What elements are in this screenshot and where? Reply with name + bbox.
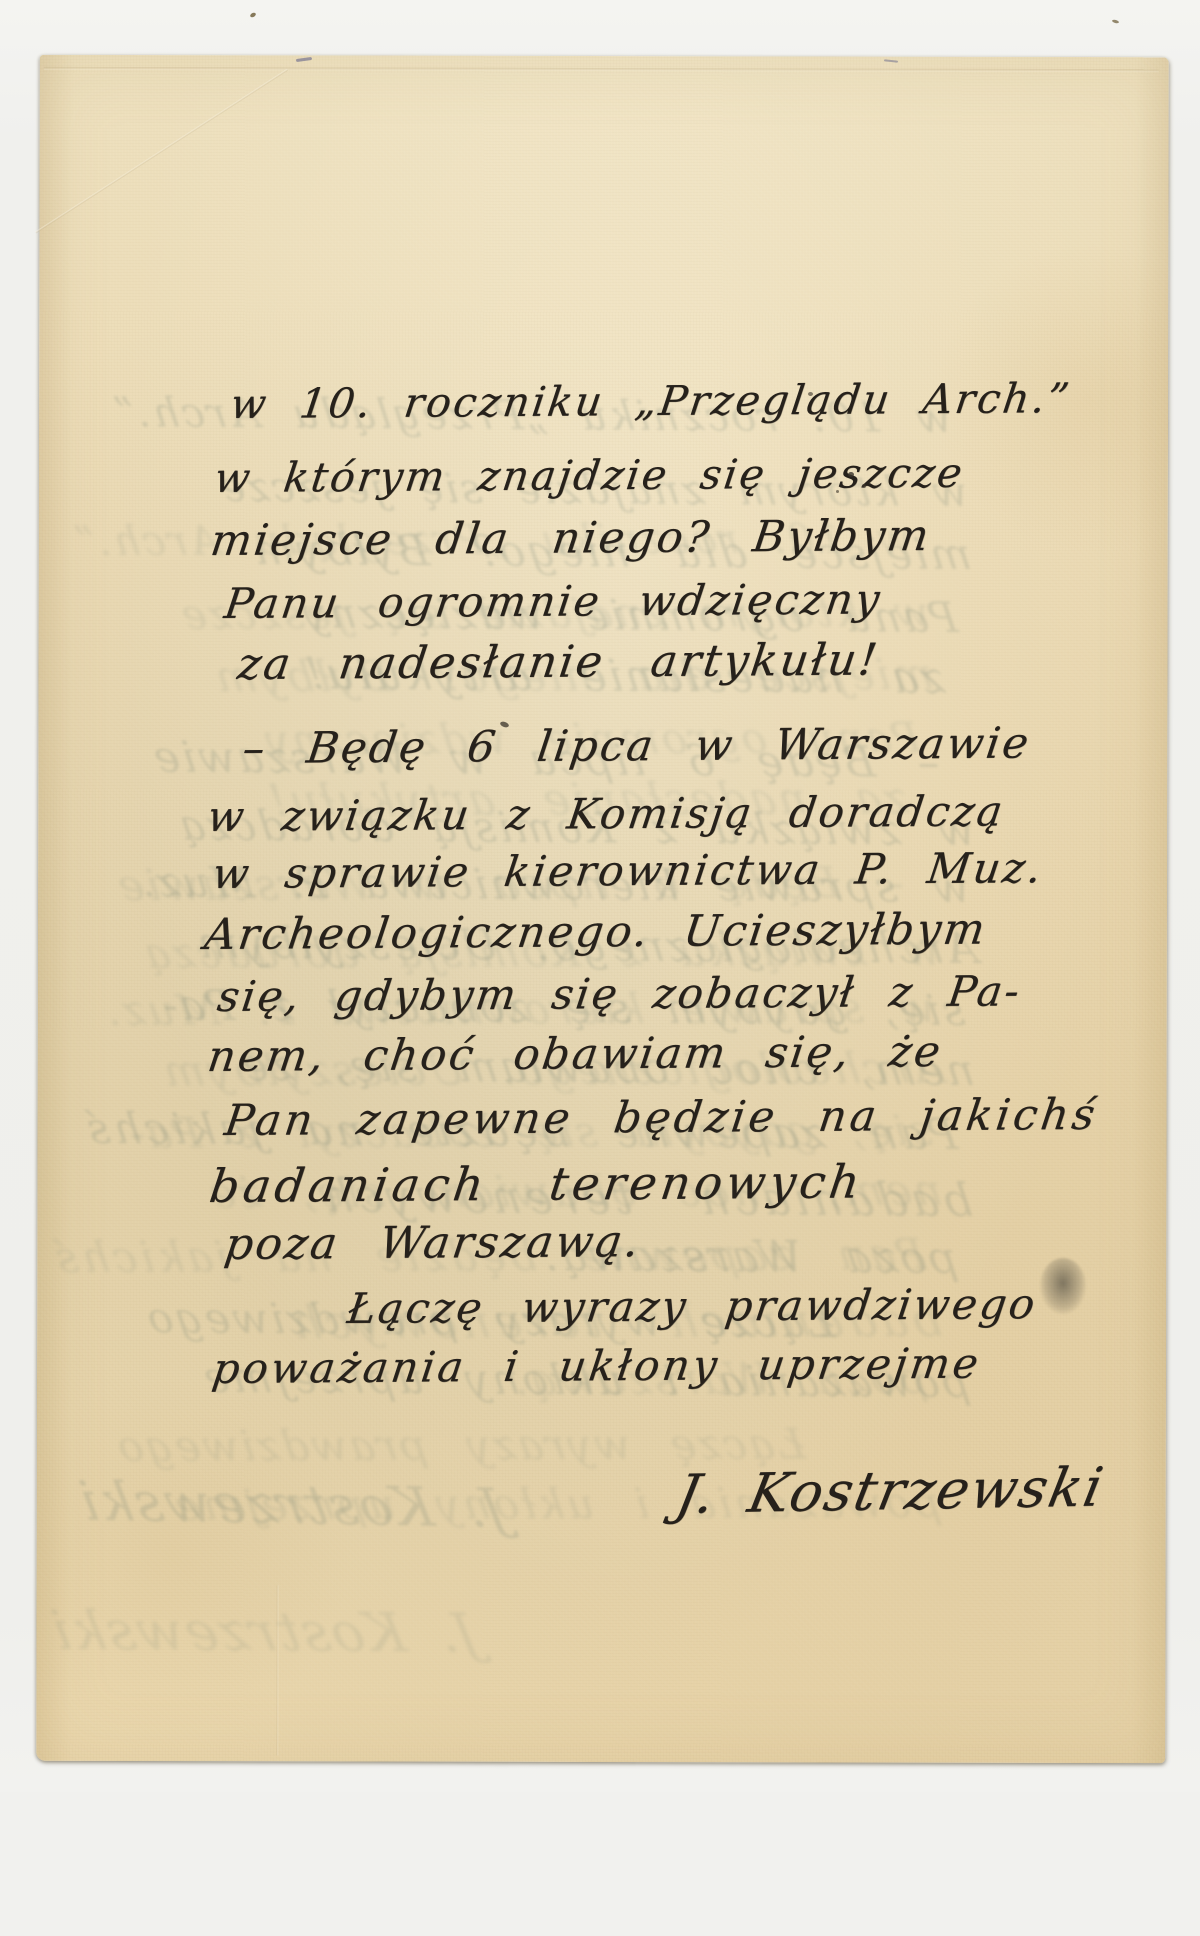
ink-speck (836, 490, 839, 493)
letter-line-4: Panu ogromnie wdzięczny (222, 578, 884, 625)
letter-line-10: się, gdybym się zobaczył z Pa- (215, 970, 1024, 1018)
letter-line-11: nem, choć obawiam się, że (205, 1031, 945, 1079)
ink-speck (848, 472, 854, 477)
paper-corner-crease (35, 69, 288, 234)
letter-line-8: w sprawie kierownictwa P. Muz. (210, 847, 1046, 895)
letter-line-3: miejsce dla niego? Byłbym (208, 515, 934, 563)
signature: J. Kostrzewski (672, 1461, 1109, 1522)
letter-line-12: Pan zapewne będzie na jakichś (222, 1094, 1101, 1143)
letter-line-16: poważania i ukłony uprzejme (210, 1343, 984, 1390)
letter-line-14: poza Warszawą. (222, 1220, 644, 1267)
letter-line-5: za nadesłanie artykułu! (235, 639, 882, 687)
ink-speck (808, 392, 813, 396)
ink-smudge (1040, 1258, 1086, 1314)
letter-line-15: Łączę wyrazy prawdziwego (345, 1283, 1040, 1330)
letter-line-2: w którym znajdzie się jeszcze (212, 453, 967, 499)
letter-line-1: w 10. roczniku „Przeglądu Arch.” (228, 378, 1074, 425)
ink-speck (862, 484, 866, 488)
letter-line-9: Archeologicznego. Ucieszyłbym (202, 909, 990, 957)
letter-line-6: – Będę 6 lipca w Warszawie (240, 723, 1033, 771)
letter-line-7: w związku z Komisją doradczą (205, 790, 1007, 838)
paper-bottom-crease (276, 1585, 278, 1755)
paper-top-crease (44, 67, 1159, 72)
letter-line-13: badaniach terenowych (207, 1158, 866, 1209)
